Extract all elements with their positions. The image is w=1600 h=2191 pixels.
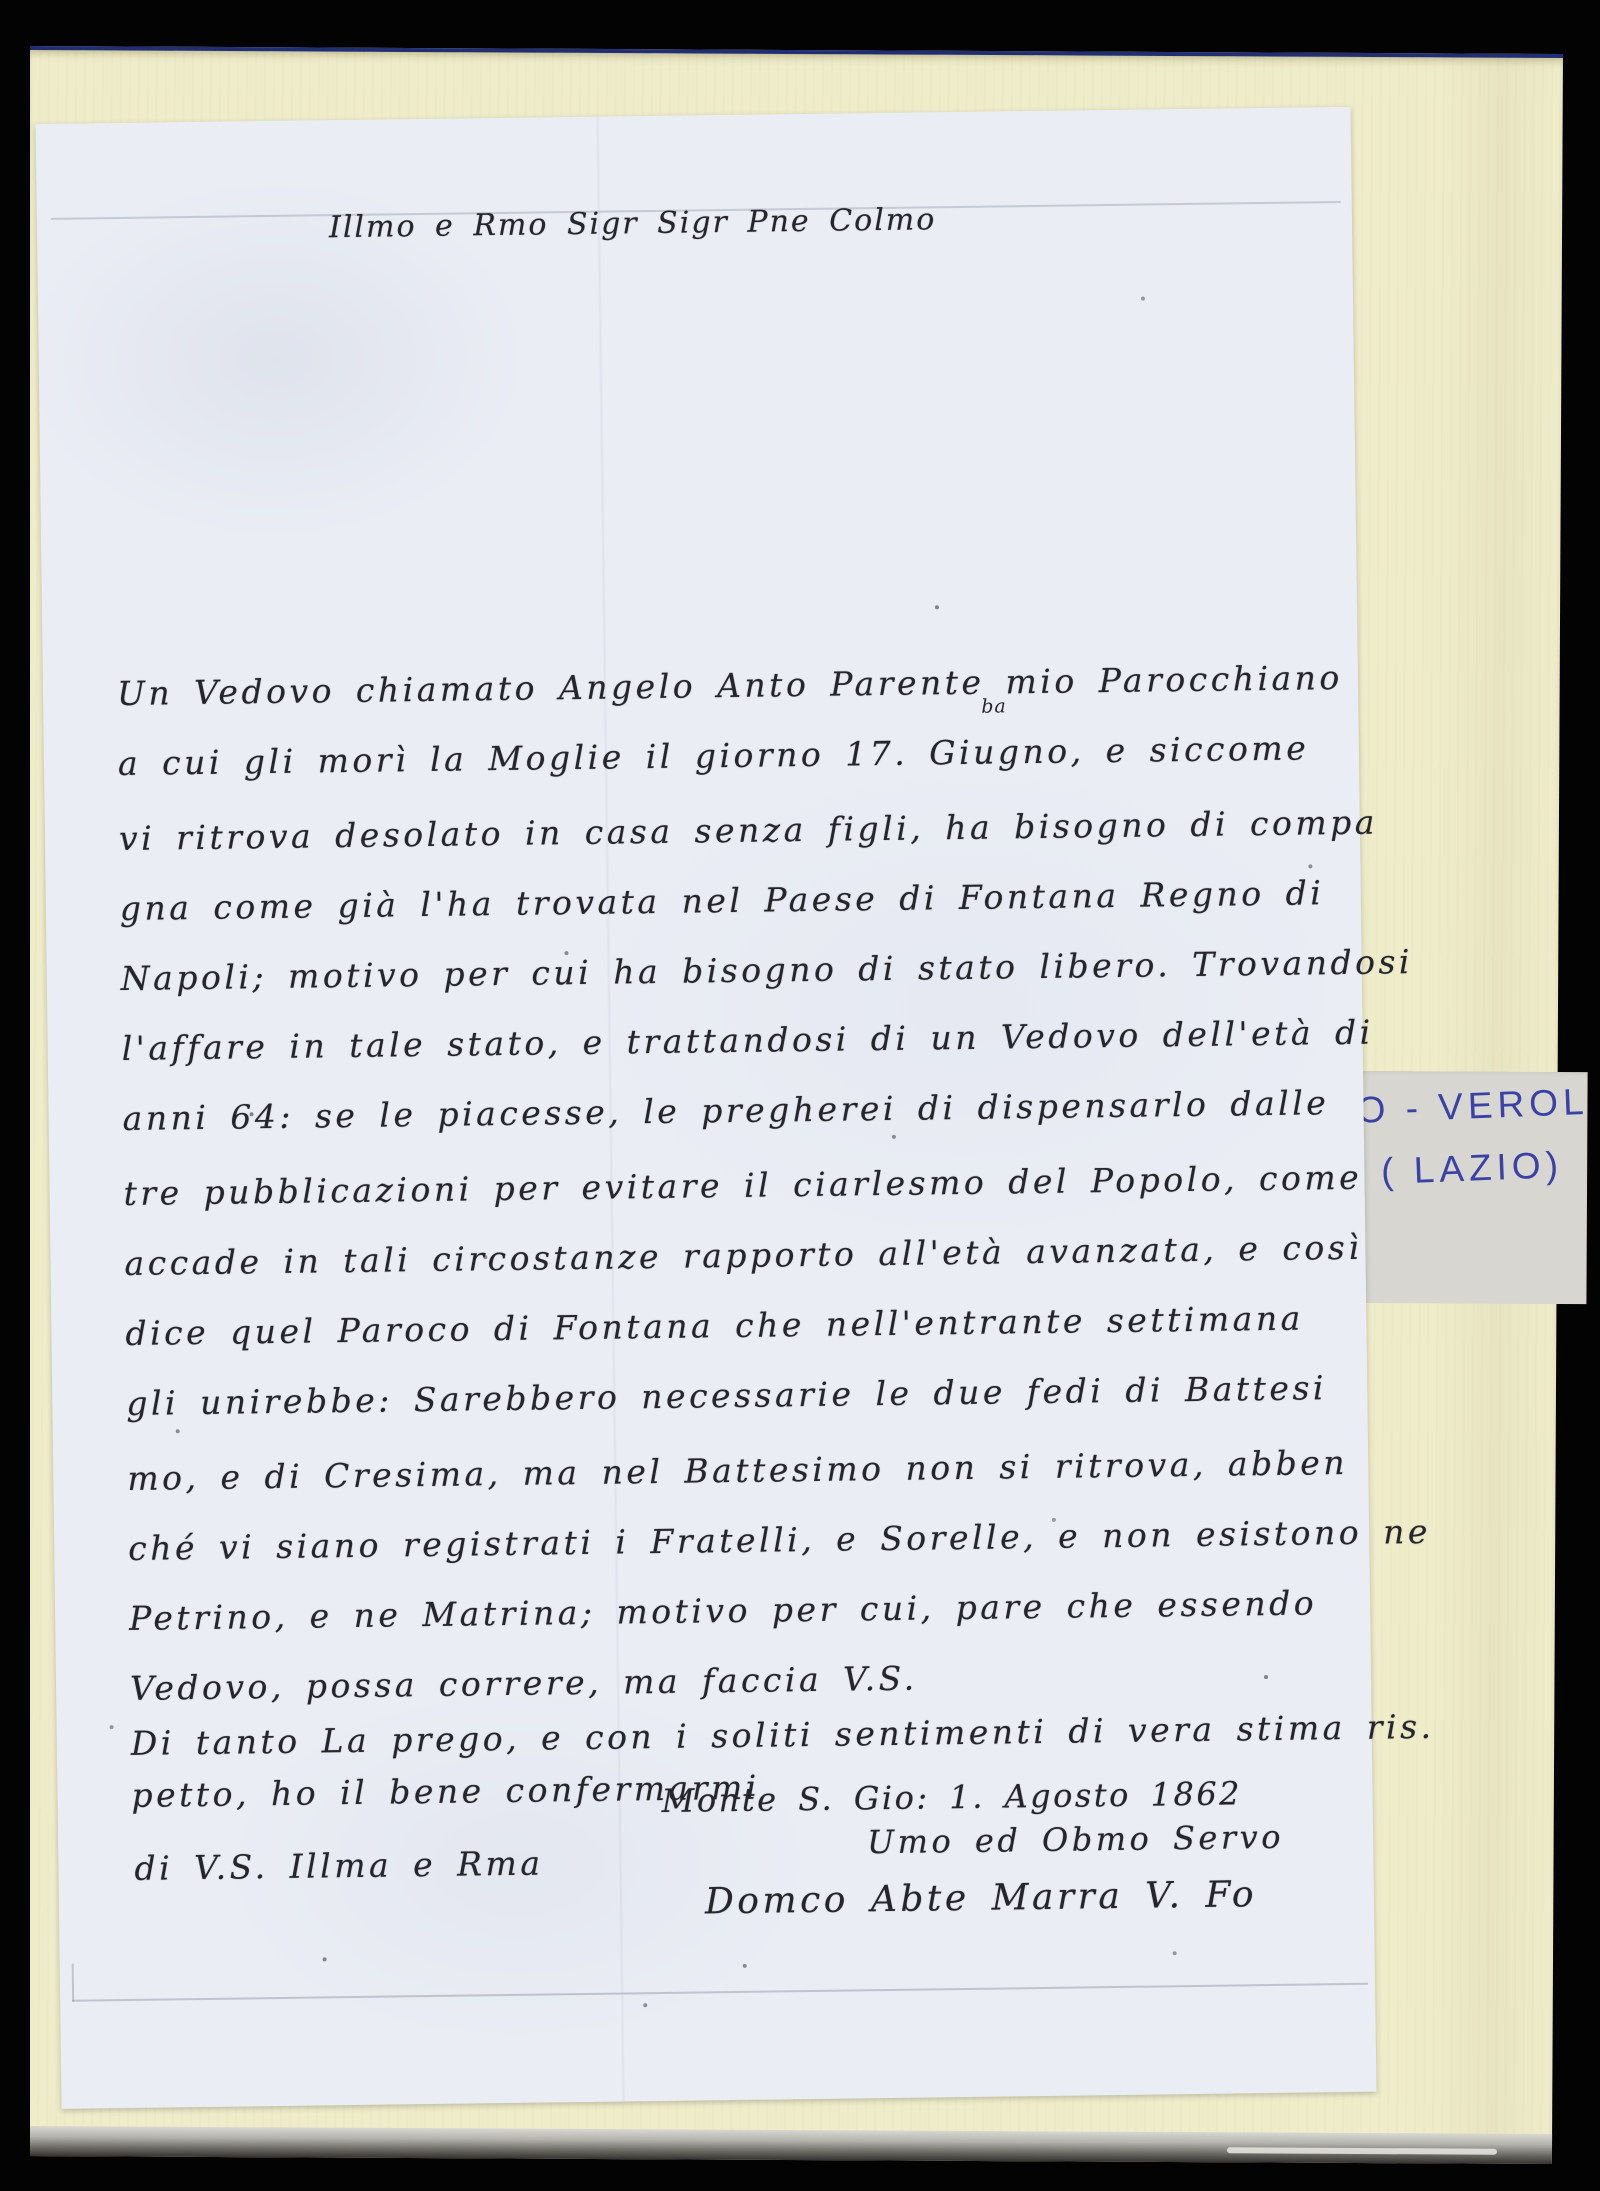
letter-line: Petrino, e ne Matrina; motivo per cui, p… [129,1583,1317,1638]
annotation-line-2: ( LAZIO) [1380,1144,1563,1193]
photocopy-border-bottom [72,1983,1368,2002]
photocopy-border-left [72,1964,74,2002]
letter-line: Vedovo, possa correre, ma faccia V.S. [130,1659,918,1708]
letter-line: a cui gli morì la Moglie il giorno 17. G… [118,728,1310,783]
letter-sheet: Illmo e Rmo Sigr Sigr Pne Colmo Un Vedov… [36,107,1377,2109]
toner-specks [36,124,38,126]
letter-line: Un Vedovo chiamato Angelo Anto Parente m… [117,658,1343,713]
letter-line: vi ritrova desolato in casa senza figli,… [119,803,1378,858]
letter-line: gli unirebbe: Sarebbero necessarie le du… [126,1368,1327,1423]
letter-closing-right: Umo ed Obmo Servo [867,1818,1284,1861]
letter-line: gna come già l'ha trovata nel Paese di F… [120,873,1325,928]
letter-line: Di tanto La prego, e con i soliti sentim… [131,1707,1435,1763]
annotation-line-1: 'O - VEROL [1344,1081,1590,1132]
letter-line: l'affare in tale stato, e trattandosi di… [121,1013,1373,1068]
album-bottom-page-edges [19,2126,1552,2164]
letter-line: anni 64: se le piacesse, le pregherei di… [122,1083,1329,1138]
letter-line: ché vi siano registrati i Fratelli, e So… [128,1512,1431,1568]
letter-superscript-note: ba [981,695,1007,717]
letter-line: tre pubblicazioni per evitare il ciarles… [123,1158,1362,1213]
photo-left-black-strip [0,0,30,2191]
letter-line: dice quel Paroco di Fontana che nell'ent… [125,1299,1304,1353]
annotation-card: 'O - VEROL ( LAZIO) [1340,1071,1587,1304]
letter-line: Napoli; motivo per cui ha bisogno di sta… [121,942,1414,998]
letter-closing-left: di V.S. Illma e Rma [134,1844,544,1888]
album-page: 'O - VEROL ( LAZIO) Illmo e Rmo Sigr Sig… [19,46,1563,2164]
letter-line: mo, e di Cresima, ma nel Battesimo non s… [127,1443,1348,1498]
letter-salutation: Illmo e Rmo Sigr Sigr Pne Colmo [329,202,937,245]
letter-signature: Domco Abte Marra V. Fo [705,1874,1258,1922]
letter-line: accade in tali circostanze rapporto all'… [124,1228,1362,1283]
letter-dateline: Monte S. Gio: 1. Agosto 1862 [661,1774,1242,1820]
